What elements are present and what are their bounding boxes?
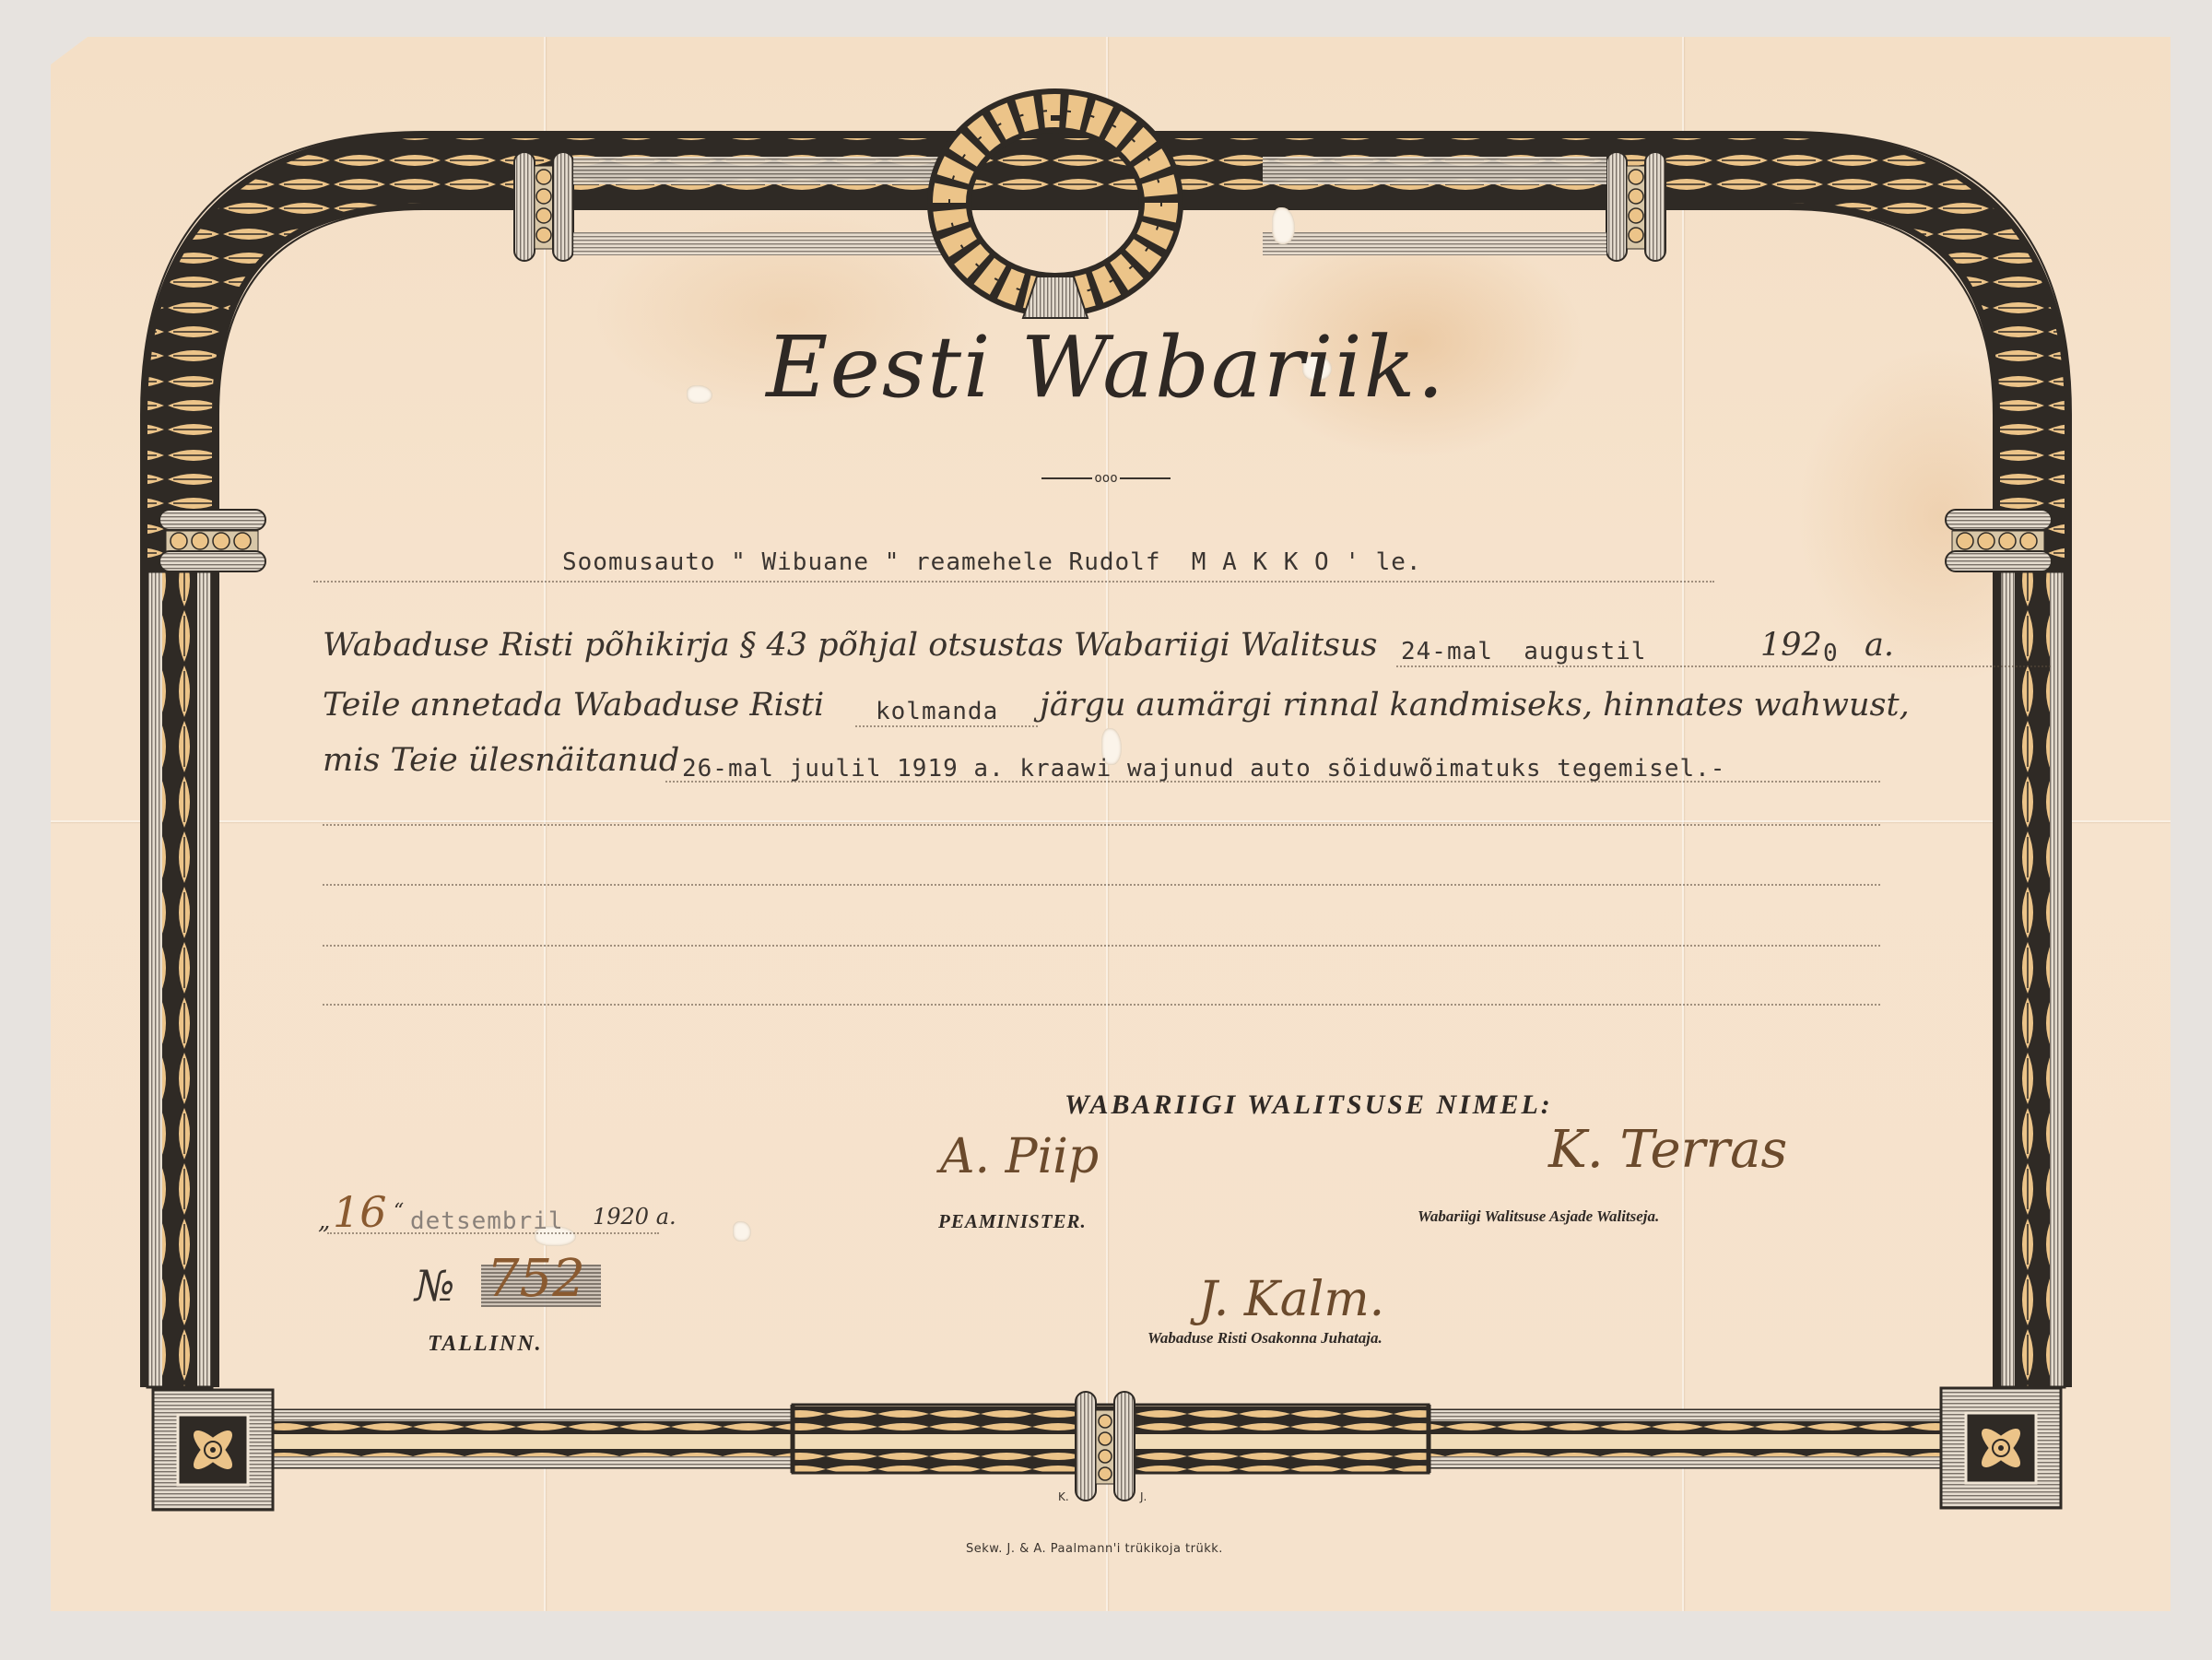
- recipient-line: Soomusauto " Wibuane " reamehele Rudolf …: [313, 544, 1714, 583]
- signature-department-head: J. Kalm.: [1198, 1272, 1384, 1327]
- top-right-ring: [1606, 152, 1665, 261]
- bottom-left-corner-rosette: [153, 1390, 273, 1510]
- blank-line: [323, 823, 1880, 826]
- deed-description: 26-mal juulil 1919 a. kraawi wajunud aut…: [682, 755, 1725, 783]
- caption-state-secretary: Wabariigi Walitsuse Asjade Walitseja.: [1418, 1207, 1659, 1226]
- caption-prime-minister: PEAMINISTER.: [938, 1210, 1087, 1233]
- right-column-ring: [1946, 510, 2052, 571]
- issue-day: 16: [333, 1187, 387, 1237]
- engraver-initial: J.: [1140, 1490, 1147, 1503]
- document-title: Eesti Wabariik.: [0, 318, 2212, 417]
- top-left-ring: [514, 152, 573, 261]
- paragraph-line-2: Teile annetada Wabaduse Risti kolmanda j…: [323, 687, 1889, 733]
- signature-heading: WABARIIGI WALITSUSE NIMEL:: [1065, 1089, 1553, 1121]
- ornamental-frame: [0, 0, 2212, 1660]
- printer-credit: Sekw. J. & A. Paalmann'i trükikoja trükk…: [966, 1542, 1223, 1556]
- number-value: 752: [487, 1249, 585, 1309]
- signature-state-secretary: K. Terras: [1548, 1120, 1787, 1180]
- award-class: kolmanda: [876, 698, 998, 725]
- bottom-right-corner-rosette: [1941, 1388, 2061, 1508]
- award-decision-date: 24-mal augustil: [1401, 638, 1646, 665]
- blank-line: [323, 883, 1880, 886]
- paragraph-line-3: mis Teie ülesnäitanud 26-mal juulil 1919…: [323, 742, 1889, 788]
- paragraph-line-1: Wabaduse Risti põhikirja § 43 põhjal ots…: [323, 627, 1889, 673]
- blank-line: [323, 944, 1880, 947]
- recipient-text: Soomusauto " Wibuane " reamehele Rudolf …: [562, 548, 1422, 576]
- paper-damage: [733, 1221, 751, 1242]
- place-label: TALLINN.: [428, 1332, 543, 1357]
- title-ornament-rule: ooo: [1028, 472, 1184, 485]
- number-label: №: [415, 1261, 455, 1311]
- paper-damage: [1272, 207, 1295, 244]
- blank-line: [323, 1003, 1880, 1006]
- signature-prime-minister: A. Piip: [940, 1129, 1099, 1184]
- left-column-ring: [159, 510, 265, 571]
- engraver-initial: K.: [1058, 1490, 1069, 1503]
- caption-department-head: Wabaduse Risti Osakonna Juhataja.: [1147, 1329, 1382, 1348]
- issue-date: „ 16 “ detsembril 1920 a.: [318, 1198, 705, 1244]
